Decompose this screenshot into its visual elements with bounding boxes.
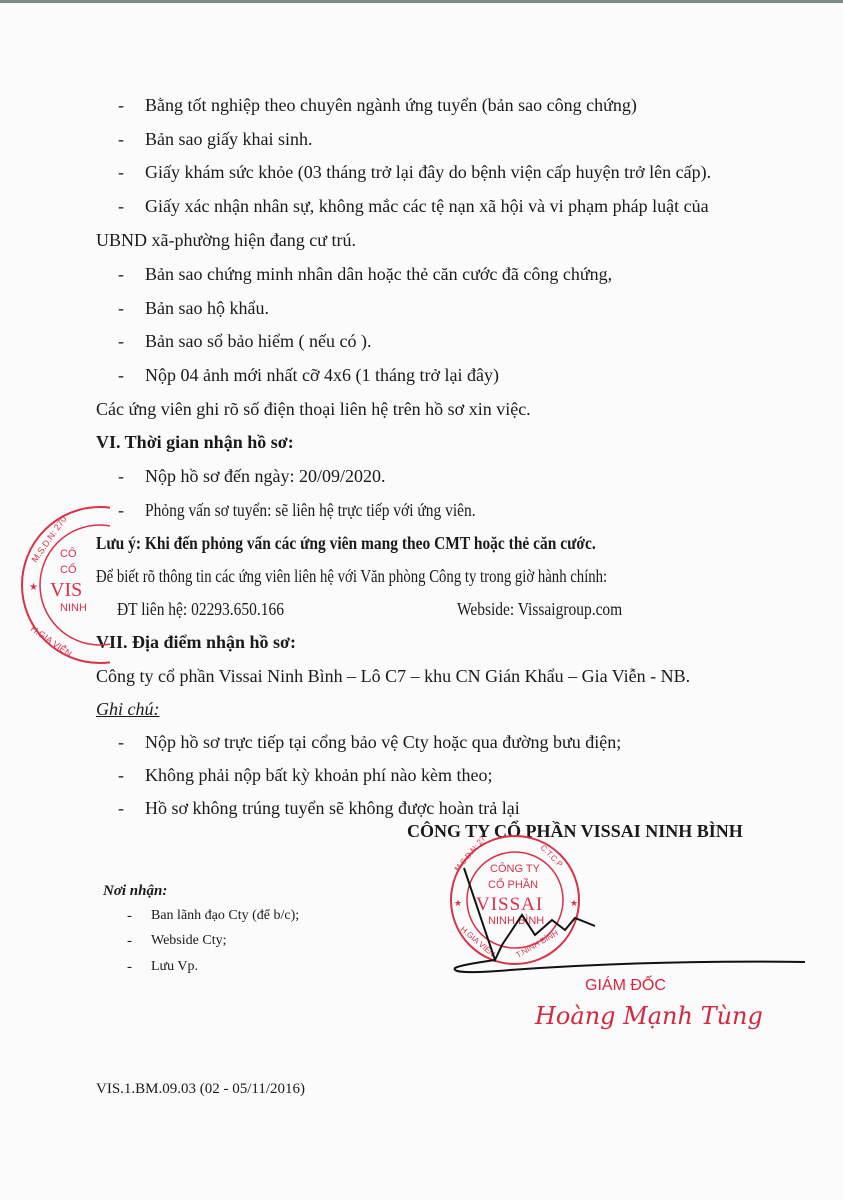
note-item: Hồ sơ không trúng tuyển sẽ không được ho… [145,797,520,819]
bullet: - [127,956,132,978]
svg-text:H.GIA VIỄN: H.GIA VIỄN [29,623,74,659]
phone-note: Các ứng viên ghi rõ số điện thoại liên h… [96,398,531,420]
bullet: - [118,161,124,183]
bullet: - [118,94,124,116]
signature-name: Hoàng Mạnh Tùng [535,1002,763,1030]
note-item: Nộp hồ sơ trực tiếp tại cổng bảo vệ Cty … [145,731,621,753]
bullet: - [118,297,124,319]
address: Công ty cổ phần Vissai Ninh Bình – Lô C7… [96,665,690,687]
svg-text:NINH: NINH [60,602,87,614]
partial-company-stamp: M.S.D.N: 270 CÔ CỔ VIS NINH ★ H.GIA VIỄN [0,505,110,665]
list-item: Giấy xác nhận nhân sự, không mắc các tệ … [145,195,709,217]
section-7-heading: VII. Địa điểm nhận hồ sơ: [96,631,296,653]
contact-phone: ĐT liên hệ: 02293.650.166 [117,598,284,620]
section-6-heading: VI. Thời gian nhận hồ sơ: [96,431,294,453]
form-code: VIS.1.BM.09.03 (02 - 05/11/2016) [96,1078,305,1100]
scan-edge [0,0,843,3]
list-item: Bản sao giấy khai sinh. [145,128,312,150]
contact-intro: Để biết rõ thông tin các ứng viên liên h… [96,565,607,587]
note-item: Không phải nộp bất kỳ khoản phí nào kèm … [145,764,492,786]
contact-website: Webside: Vissaigroup.com [457,598,622,620]
svg-text:★: ★ [29,582,38,593]
bullet: - [118,364,124,386]
bullet: - [127,905,132,927]
bullet: - [118,764,124,786]
list-item: Nộp 04 ảnh mới nhất cỡ 4x6 (1 tháng trở … [145,364,499,386]
bullet: - [118,731,124,753]
bullet: - [118,499,124,521]
list-item: Bản sao sổ bảo hiểm ( nếu có ). [145,330,371,352]
bullet: - [118,465,124,487]
recipient-item: Webside Cty; [151,930,226,952]
bullet: - [127,930,132,952]
bullet: - [118,797,124,819]
handwritten-signature [450,860,810,975]
recipients-label: Nơi nhận: [103,880,167,902]
signature-title: GIÁM ĐỐC [585,977,666,995]
list-item-continuation: UBND xã-phường hiện đang cư trú. [96,229,356,251]
svg-text:CÔ: CÔ [60,547,77,560]
deadline-item: Nộp hồ sơ đến ngày: 20/09/2020. [145,465,386,487]
list-item: Bản sao hộ khẩu. [145,297,269,319]
notes-label: Ghi chú: [96,698,159,720]
list-item: Bằng tốt nghiệp theo chuyên ngành ứng tu… [145,94,637,116]
bullet: - [118,330,124,352]
list-item: Giấy khám sức khỏe (03 tháng trở lại đây… [145,161,711,183]
bullet: - [118,128,124,150]
bullet: - [118,263,124,285]
list-item: Bản sao chứng minh nhân dân hoặc thẻ căn… [145,263,612,285]
note-text: Lưu ý: Khi đến phỏng vấn các ứng viên ma… [96,532,596,554]
recipient-item: Ban lãnh đạo Cty (để b/c); [151,905,299,927]
recipient-item: Lưu Vp. [151,956,198,978]
svg-text:CỔ: CỔ [60,563,77,576]
interview-item: Phỏng vấn sơ tuyển: sẽ liên hệ trực tiếp… [145,499,476,521]
bullet: - [118,195,124,217]
svg-text:VIS: VIS [50,579,82,601]
